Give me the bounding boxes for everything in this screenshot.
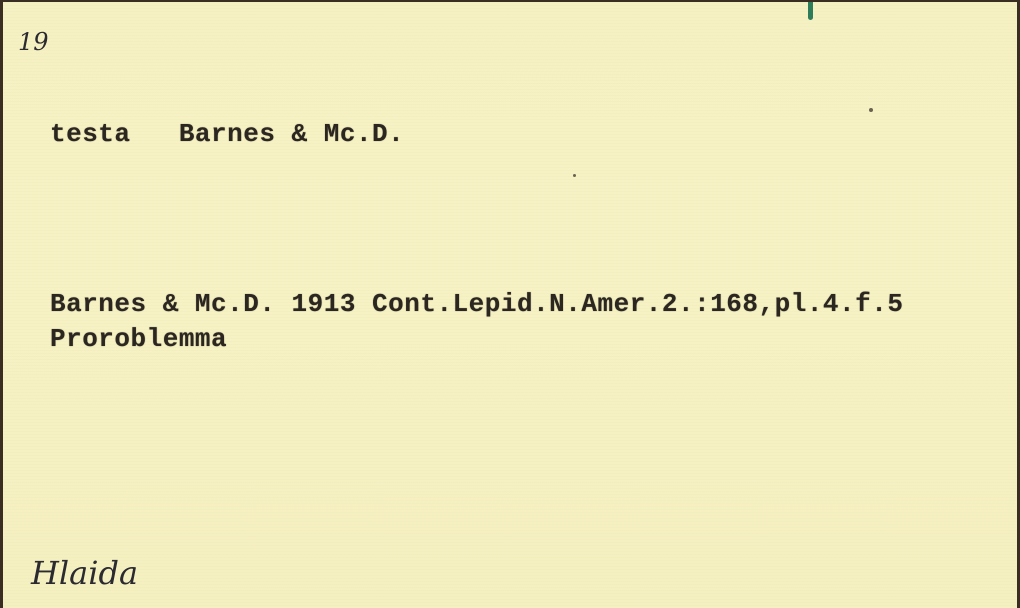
- index-card: 19 testa Barnes & Mc.D. Barnes & Mc.D. 1…: [3, 2, 1017, 608]
- ink-spot: [573, 174, 576, 177]
- species-title-line: testa Barnes & Mc.D.: [50, 119, 404, 149]
- card-number-handwritten: 19: [18, 28, 49, 56]
- species-author: Barnes & Mc.D.: [179, 119, 404, 149]
- species-name: testa: [50, 119, 131, 149]
- genus-handwritten: Hlaida: [31, 554, 138, 592]
- genus-typed: Proroblemma: [50, 324, 227, 354]
- reference-citation: Barnes & Mc.D. 1913 Cont.Lepid.N.Amer.2.…: [50, 289, 903, 319]
- ink-spot: [869, 108, 873, 112]
- green-tab-marker: [808, 2, 813, 20]
